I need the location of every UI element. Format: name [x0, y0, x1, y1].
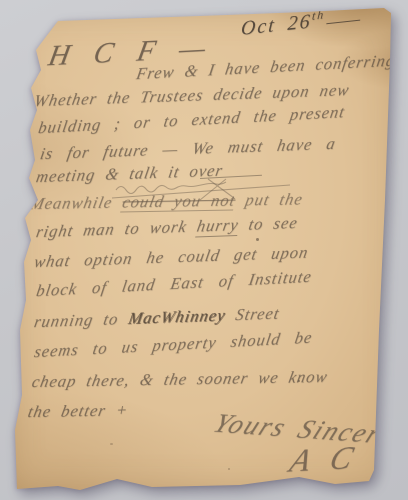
body-line: is for future — We must have a — [38, 134, 337, 164]
line-text: Street — [224, 303, 281, 324]
body-line: what option he could get upon — [32, 242, 310, 272]
date-ordinal-suffix: th — [312, 7, 326, 23]
line-text: to see — [237, 213, 299, 234]
torn-letter-paper: Oct 26th H C F — Frew & I have been conf… — [0, 0, 408, 500]
signature-initials: A C — [286, 439, 361, 480]
line-text: put the — [234, 189, 305, 209]
photo-stage: Oct 26th H C F — Frew & I have been conf… — [0, 0, 408, 500]
paper-speck — [398, 120, 400, 122]
body-line: block of land East of Institute — [35, 267, 314, 302]
body-line: seems to us property should be — [33, 327, 314, 362]
body-line: Meanwhile could you not put the — [28, 189, 305, 214]
overwritten-word: MacWhinney — [127, 305, 227, 328]
paper-speck — [110, 443, 113, 445]
body-line: the better + — [26, 400, 130, 422]
body-line: cheap there, & the sooner we know — [30, 367, 329, 392]
underlined-word: hurry — [195, 215, 240, 238]
paper-speck — [228, 468, 230, 470]
body-line: right man to work hurry to see — [34, 213, 299, 242]
struck-text: could you not — [121, 190, 238, 212]
paper-shadow: Oct 26th H C F — Frew & I have been conf… — [0, 0, 408, 500]
paper-speck — [256, 238, 259, 241]
date-text: Oct 26 — [240, 10, 312, 40]
date-underline-flourish — [327, 19, 361, 24]
letter-date: Oct 26th — [240, 3, 361, 41]
body-line: running to MacWhinney Street — [32, 303, 281, 332]
line-text: Meanwhile — [28, 192, 124, 213]
line-text: right man to work — [35, 216, 199, 241]
line-text: running to — [33, 309, 131, 331]
